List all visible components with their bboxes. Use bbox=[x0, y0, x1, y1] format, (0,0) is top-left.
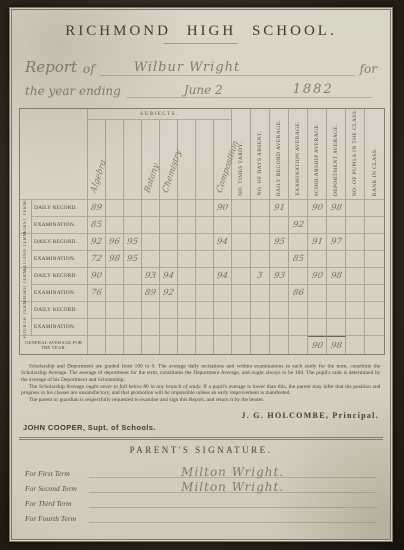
grade-cell bbox=[178, 217, 196, 234]
grade-cell bbox=[346, 251, 365, 268]
grade-cell bbox=[365, 251, 384, 268]
student-name: Wilbur Wright bbox=[134, 60, 241, 75]
grade-cell bbox=[160, 319, 178, 336]
grade-cell bbox=[142, 302, 160, 319]
grade-cell bbox=[251, 285, 270, 302]
grade-cell: 98 bbox=[327, 268, 346, 285]
fine-print: Scholarship and Deportment are graded fr… bbox=[21, 363, 381, 409]
parent-signature-section: PARENT'S SIGNATURE. For First TermMilton… bbox=[19, 437, 383, 523]
grade-cell bbox=[251, 200, 270, 217]
grade-cell: 3 bbox=[251, 268, 270, 285]
grade-cell bbox=[124, 319, 142, 336]
grade-cell: 76 bbox=[88, 285, 106, 302]
grade-cell bbox=[365, 336, 384, 354]
grade-cell bbox=[106, 302, 124, 319]
grade-cell bbox=[232, 217, 251, 234]
grade-cell bbox=[214, 336, 232, 354]
grade-cell: 98 bbox=[327, 200, 346, 217]
grade-cell bbox=[289, 200, 308, 217]
grade-cell bbox=[142, 336, 160, 354]
grade-cell: 90 bbox=[308, 200, 327, 217]
grade-cell: 90 bbox=[308, 336, 327, 354]
grade-cell: 85 bbox=[88, 217, 106, 234]
school-title: RICHMOND HIGH SCHOOL. bbox=[19, 23, 383, 40]
signature-row: For Second TermMilton Wright. bbox=[25, 478, 377, 493]
superintendent-signature-printed: JOHN COOPER, Supt. of Schools. bbox=[23, 423, 379, 432]
grade-cell: 97 bbox=[327, 234, 346, 251]
grade-cell bbox=[178, 285, 196, 302]
grade-cell: 94 bbox=[214, 234, 232, 251]
grade-cell bbox=[178, 319, 196, 336]
grade-cell bbox=[270, 251, 289, 268]
grade-cell bbox=[365, 200, 384, 217]
stat-header: SCHOLARSHIP AVERAGE. bbox=[308, 109, 327, 200]
grade-cell bbox=[289, 302, 308, 319]
report-word: Report bbox=[25, 58, 77, 76]
grade-cell bbox=[308, 251, 327, 268]
grade-cell bbox=[308, 302, 327, 319]
grade-cell bbox=[178, 200, 196, 217]
stat-header: EXAMINATION AVERAGE. bbox=[289, 109, 308, 200]
stat-header: RANK IN CLASS. bbox=[365, 109, 384, 200]
grade-cell bbox=[251, 234, 270, 251]
subject-header bbox=[106, 120, 124, 200]
subject-header: Composition bbox=[214, 120, 232, 200]
grade-cell bbox=[308, 319, 327, 336]
grade-cell bbox=[308, 217, 327, 234]
grade-cell bbox=[308, 285, 327, 302]
parent-signature: Milton Wright. bbox=[181, 480, 284, 494]
grade-cell bbox=[106, 285, 124, 302]
grade-cell bbox=[214, 302, 232, 319]
grade-cell bbox=[346, 234, 365, 251]
grade-cell bbox=[270, 302, 289, 319]
grade-cell bbox=[365, 268, 384, 285]
grade-cell bbox=[251, 217, 270, 234]
signature-line: Milton Wright. bbox=[89, 464, 377, 478]
grade-cell bbox=[232, 336, 251, 354]
grade-cell bbox=[365, 217, 384, 234]
subject-header bbox=[124, 120, 142, 200]
grade-cell: 86 bbox=[289, 285, 308, 302]
grade-cell bbox=[327, 217, 346, 234]
table-corner bbox=[20, 109, 88, 200]
officials: J. G. HOLCOMBE, Principal. JOHN COOPER, … bbox=[23, 411, 379, 432]
grade-cell bbox=[289, 336, 308, 354]
grade-cell bbox=[142, 217, 160, 234]
grade-cell: 94 bbox=[214, 268, 232, 285]
row-label: EXAMINATION. bbox=[32, 319, 88, 336]
signature-row: For Fourth Term bbox=[25, 508, 377, 523]
grade-cell bbox=[365, 319, 384, 336]
subject-header bbox=[196, 120, 214, 200]
student-name-line: Wilbur Wright bbox=[100, 53, 355, 76]
grade-cell bbox=[88, 302, 106, 319]
grade-cell bbox=[178, 336, 196, 354]
signature-row: For Third Term bbox=[25, 493, 377, 508]
grade-cell bbox=[106, 336, 124, 354]
grade-cell: 89 bbox=[88, 200, 106, 217]
grade-cell: 98 bbox=[327, 336, 346, 354]
grade-cell bbox=[214, 285, 232, 302]
stat-header: NO. OF DAYS ABSENT. bbox=[251, 109, 270, 200]
grade-cell bbox=[160, 217, 178, 234]
grade-cell bbox=[232, 285, 251, 302]
grade-cell bbox=[196, 302, 214, 319]
grade-cell bbox=[160, 234, 178, 251]
general-average-label: GENERAL AVERAGE FOR THE YEAR. bbox=[20, 336, 88, 354]
record-table-wrap: SUBJECTS.AlgebraBotanyChemistryCompositi… bbox=[19, 108, 385, 355]
parent-signature-title: PARENT'S SIGNATURE. bbox=[19, 445, 383, 455]
fine-print-paragraph-1: Scholarship and Deportment are graded fr… bbox=[21, 363, 380, 382]
grade-cell: 98 bbox=[106, 251, 124, 268]
grade-cell bbox=[124, 200, 142, 217]
term-label: FOURTH TERM. bbox=[20, 302, 32, 336]
grade-cell: 72 bbox=[88, 251, 106, 268]
grade-cell bbox=[365, 234, 384, 251]
grade-cell bbox=[124, 268, 142, 285]
grade-cell bbox=[346, 217, 365, 234]
grade-cell: 92 bbox=[88, 234, 106, 251]
grade-cell bbox=[142, 200, 160, 217]
grade-cell: 90 bbox=[88, 268, 106, 285]
year-ending-label: the year ending bbox=[25, 84, 121, 98]
grade-cell bbox=[214, 217, 232, 234]
grade-cell bbox=[196, 200, 214, 217]
title-rule bbox=[164, 43, 238, 44]
grade-cell bbox=[124, 217, 142, 234]
grade-cell bbox=[346, 319, 365, 336]
grade-cell bbox=[365, 285, 384, 302]
of-word: of bbox=[83, 62, 95, 76]
grade-cell bbox=[196, 234, 214, 251]
grade-cell bbox=[178, 268, 196, 285]
grade-cell bbox=[232, 234, 251, 251]
grade-cell bbox=[327, 251, 346, 268]
grade-cell: 90 bbox=[214, 200, 232, 217]
date-line: June 2 1882 bbox=[126, 75, 372, 98]
signature-term-label: For Third Term bbox=[25, 499, 89, 508]
row-label: EXAMINATION. bbox=[32, 285, 88, 302]
grade-cell: 94 bbox=[160, 268, 178, 285]
grade-cell: 95 bbox=[124, 234, 142, 251]
grade-cell: 95 bbox=[124, 251, 142, 268]
signature-line bbox=[89, 509, 377, 523]
term-label: THIRD TERM. bbox=[20, 268, 32, 302]
subject-header: Botany bbox=[142, 120, 160, 200]
grade-cell bbox=[106, 268, 124, 285]
grade-cell bbox=[124, 285, 142, 302]
grade-cell bbox=[196, 268, 214, 285]
grade-cell bbox=[289, 319, 308, 336]
signature-row: For First TermMilton Wright. bbox=[25, 463, 377, 478]
signature-line bbox=[89, 494, 377, 508]
grade-cell: 89 bbox=[142, 285, 160, 302]
grade-cell bbox=[251, 302, 270, 319]
grade-cell bbox=[196, 285, 214, 302]
grade-cell bbox=[142, 251, 160, 268]
grade-cell bbox=[232, 268, 251, 285]
grade-cell bbox=[251, 319, 270, 336]
subject-header: Algebra bbox=[88, 120, 106, 200]
grade-cell: 92 bbox=[289, 217, 308, 234]
grade-cell bbox=[142, 319, 160, 336]
subject-header: Chemistry bbox=[160, 120, 178, 200]
grade-cell bbox=[327, 319, 346, 336]
grade-cell bbox=[214, 319, 232, 336]
ending-year: 1882 bbox=[293, 82, 334, 97]
grade-cell bbox=[178, 251, 196, 268]
grade-cell: 85 bbox=[289, 251, 308, 268]
grade-cell bbox=[196, 251, 214, 268]
grade-cell bbox=[232, 200, 251, 217]
grade-cell: 93 bbox=[270, 268, 289, 285]
grade-cell bbox=[88, 319, 106, 336]
grade-cell bbox=[160, 336, 178, 354]
grade-cell bbox=[232, 302, 251, 319]
row-label: DAILY RECORD. bbox=[32, 234, 88, 251]
signature-line: Milton Wright. bbox=[89, 479, 377, 493]
fine-print-paragraph-2: The Scholarship Average ought never to f… bbox=[21, 383, 380, 396]
grade-cell bbox=[346, 268, 365, 285]
grade-cell bbox=[160, 200, 178, 217]
grade-cell bbox=[251, 251, 270, 268]
grade-cell bbox=[196, 217, 214, 234]
grade-cell bbox=[160, 302, 178, 319]
grade-cell bbox=[196, 319, 214, 336]
grade-cell bbox=[289, 268, 308, 285]
signature-rows: For First TermMilton Wright.For Second T… bbox=[25, 463, 377, 523]
grade-cell bbox=[346, 285, 365, 302]
grade-cell bbox=[214, 251, 232, 268]
grade-cell bbox=[124, 336, 142, 354]
grade-cell bbox=[124, 302, 142, 319]
grade-cell bbox=[106, 319, 124, 336]
row-label: DAILY RECORD. bbox=[32, 268, 88, 285]
report-of-line: Report of Wilbur Wright for bbox=[25, 54, 377, 76]
grade-cell bbox=[196, 336, 214, 354]
grade-cell: 91 bbox=[270, 200, 289, 217]
grade-cell: 96 bbox=[106, 234, 124, 251]
stat-header: DAILY RECORD AVERAGE. bbox=[270, 109, 289, 200]
grade-cell bbox=[270, 336, 289, 354]
row-label: DAILY RECORD. bbox=[32, 302, 88, 319]
stat-header: NO. TIMES TARDY. bbox=[232, 109, 251, 200]
grade-cell bbox=[270, 217, 289, 234]
grade-cell: 93 bbox=[142, 268, 160, 285]
grade-cell bbox=[232, 319, 251, 336]
grade-cell bbox=[346, 302, 365, 319]
report-card: RICHMOND HIGH SCHOOL. Report of Wilbur W… bbox=[9, 7, 393, 542]
grade-cell bbox=[160, 251, 178, 268]
row-label: EXAMINATION. bbox=[32, 217, 88, 234]
grade-cell bbox=[346, 336, 365, 354]
grade-cell bbox=[270, 319, 289, 336]
parent-signature: Milton Wright. bbox=[181, 465, 284, 479]
subjects-band: SUBJECTS. bbox=[88, 109, 232, 120]
grade-cell bbox=[178, 302, 196, 319]
grade-cell bbox=[88, 336, 106, 354]
grade-cell: 92 bbox=[160, 285, 178, 302]
year-ending-line: the year ending June 2 1882 bbox=[25, 76, 377, 98]
signature-term-label: For Second Term bbox=[25, 484, 89, 493]
term-label: FIRST TERM. bbox=[20, 200, 32, 234]
signature-term-label: For Fourth Term bbox=[25, 514, 89, 523]
grade-cell bbox=[178, 234, 196, 251]
principal-signature-printed: J. G. HOLCOMBE, Principal. bbox=[23, 411, 379, 420]
grade-cell bbox=[327, 285, 346, 302]
stat-header: DEPORTMENT AVERAGE. bbox=[327, 109, 346, 200]
grade-cell bbox=[327, 302, 346, 319]
term-label: SECOND TERM. bbox=[20, 234, 32, 268]
grade-cell bbox=[142, 234, 160, 251]
grade-cell bbox=[289, 234, 308, 251]
subject-header bbox=[178, 120, 196, 200]
grade-cell bbox=[365, 302, 384, 319]
grade-cell: 91 bbox=[308, 234, 327, 251]
grade-cell bbox=[346, 200, 365, 217]
row-label: DAILY RECORD. bbox=[32, 200, 88, 217]
grade-cell bbox=[251, 336, 270, 354]
grade-cell bbox=[106, 217, 124, 234]
row-label: EXAMINATION. bbox=[32, 251, 88, 268]
grade-cell bbox=[106, 200, 124, 217]
grade-cell bbox=[270, 285, 289, 302]
grade-cell: 95 bbox=[270, 234, 289, 251]
for-word: for bbox=[360, 62, 377, 76]
ending-date: June 2 bbox=[184, 83, 223, 97]
record-table: SUBJECTS.AlgebraBotanyChemistryCompositi… bbox=[19, 108, 385, 355]
signature-term-label: For First Term bbox=[25, 469, 89, 478]
fine-print-paragraph-3: The parent or guardian is respectfully r… bbox=[21, 397, 380, 403]
grade-cell: 90 bbox=[308, 268, 327, 285]
grade-cell bbox=[232, 251, 251, 268]
stat-header: NO. OF PUPILS IN THE CLASS. bbox=[346, 109, 365, 200]
